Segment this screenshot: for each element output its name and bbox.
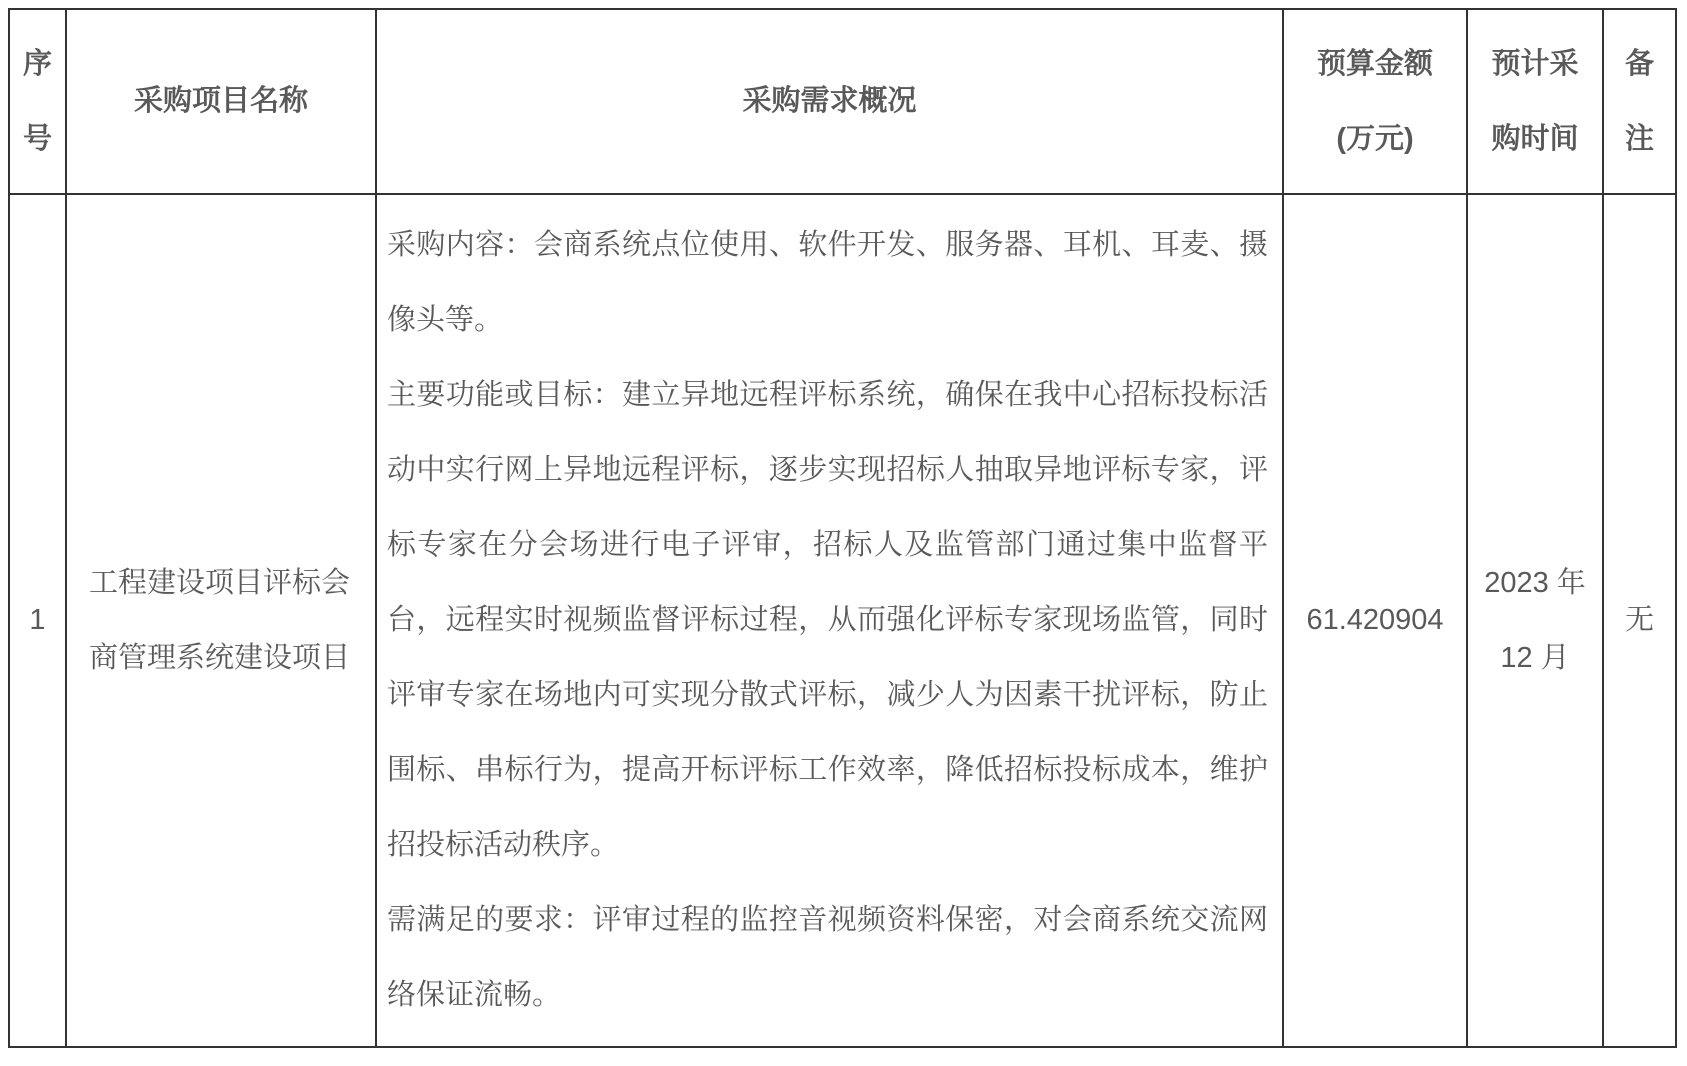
header-budget-amount: 预算金额 (万元) xyxy=(1283,9,1467,194)
overview-paragraph-requirement: 需满足的要求：评审过程的监控音视频资料保密，对会商系统交流网络保证流畅。 xyxy=(387,883,1268,1033)
header-row: 序 号 采购项目名称 采购需求概况 预算金额 (万元) 预计采 购时间 备 注 xyxy=(9,9,1676,194)
overview-paragraph-function: 主要功能或目标：建立异地远程评标系统，确保在我中心招标投标活动中实行网上异地远程… xyxy=(387,358,1268,883)
cell-demand-overview: 采购内容：会商系统点位使用、软件开发、服务器、耳机、耳麦、摄像头等。 主要功能或… xyxy=(376,194,1283,1047)
cell-budget-amount: 61.420904 xyxy=(1283,194,1467,1047)
header-remark: 备 注 xyxy=(1603,9,1676,194)
overview-paragraph-content: 采购内容：会商系统点位使用、软件开发、服务器、耳机、耳麦、摄像头等。 xyxy=(387,208,1268,358)
procurement-table: 序 号 采购项目名称 采购需求概况 预算金额 (万元) 预计采 购时间 备 注 … xyxy=(8,8,1677,1048)
header-demand-overview: 采购需求概况 xyxy=(376,9,1283,194)
cell-serial-number: 1 xyxy=(9,194,66,1047)
header-project-name: 采购项目名称 xyxy=(66,9,376,194)
cell-project-name: 工程建设项目评标会商管理系统建设项目 xyxy=(66,194,376,1047)
table-row: 1 工程建设项目评标会商管理系统建设项目 采购内容：会商系统点位使用、软件开发、… xyxy=(9,194,1676,1047)
cell-expected-time: 2023 年 12 月 xyxy=(1467,194,1603,1047)
header-expected-time: 预计采 购时间 xyxy=(1467,9,1603,194)
header-index: 序 号 xyxy=(9,9,66,194)
cell-remark: 无 xyxy=(1603,194,1676,1047)
document-page: 序 号 采购项目名称 采购需求概况 预算金额 (万元) 预计采 购时间 备 注 … xyxy=(0,0,1687,1066)
